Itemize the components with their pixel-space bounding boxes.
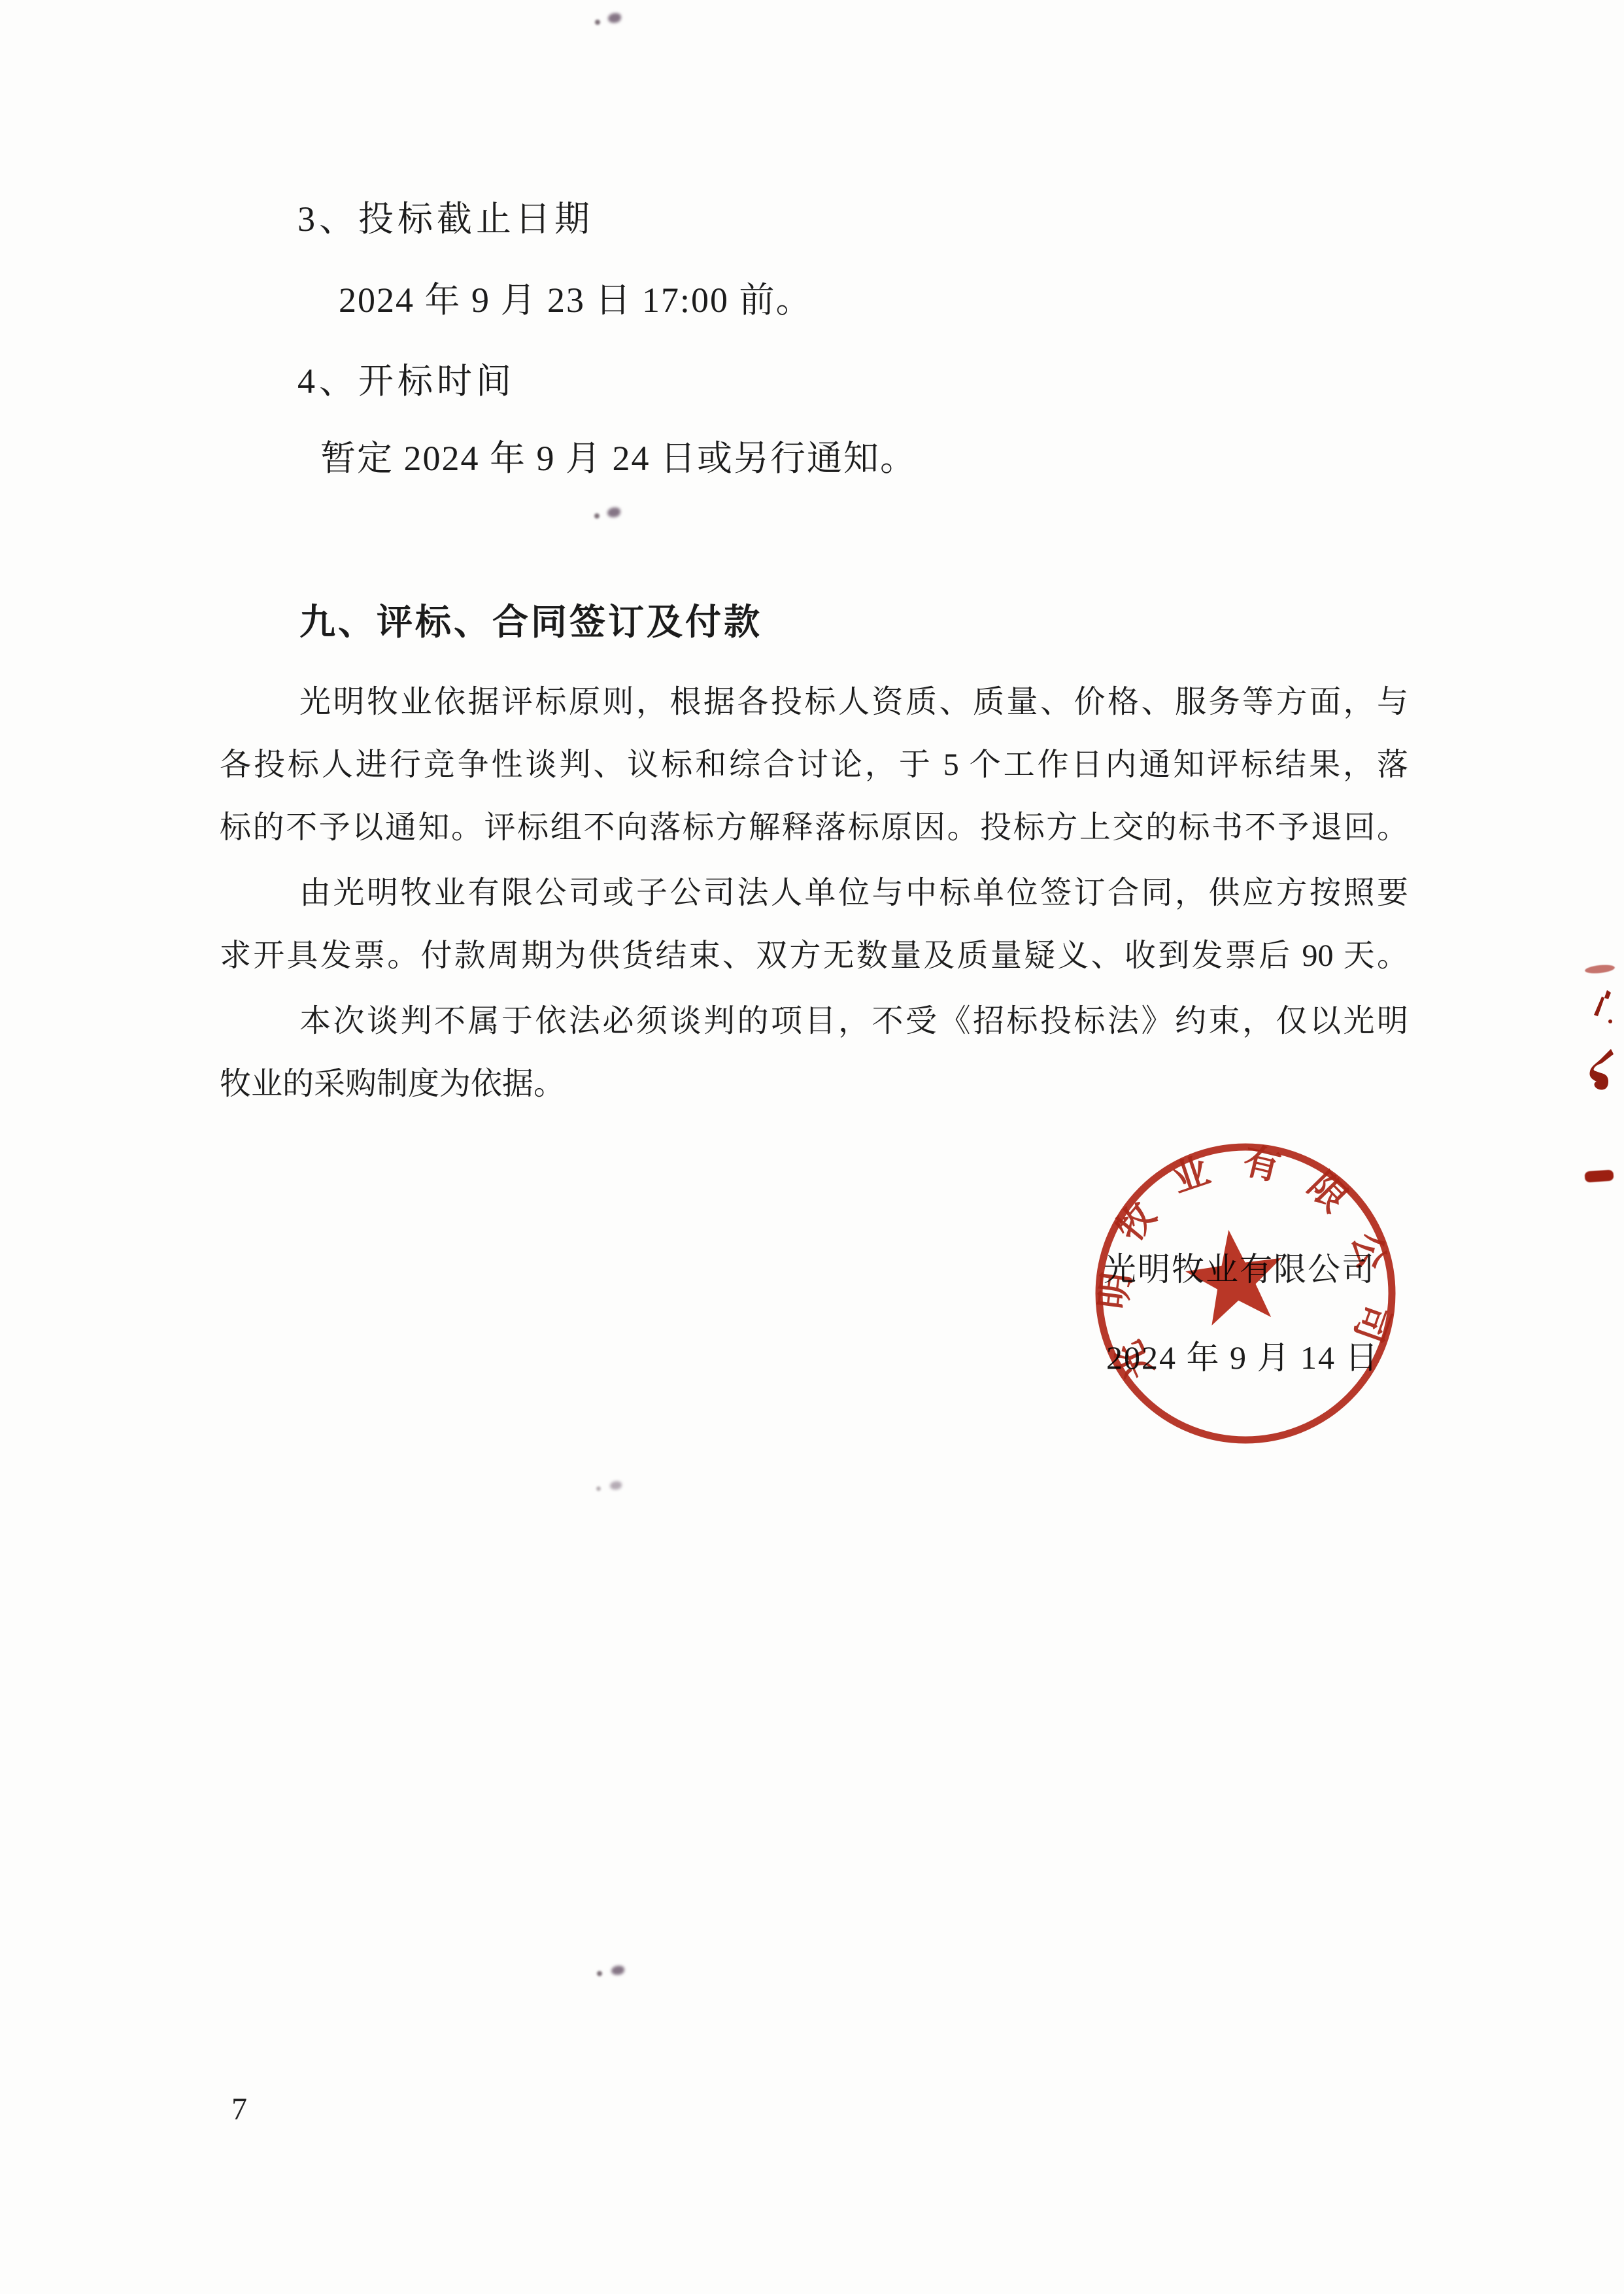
paragraph-1-line-2: 各投标人进行竞争性谈判、议标和综合讨论，于 5 个工作日内通知评标结果，落 xyxy=(220,745,1408,786)
ink-dot xyxy=(595,20,600,25)
item-4-opening-label: 4、开标时间 xyxy=(297,361,515,402)
red-ink-streak xyxy=(1584,964,1615,975)
red-ink-bar xyxy=(1584,1169,1614,1182)
paragraph-2-line-1: 由光明牧业有限公司或子公司法人单位与中标单位签订合同，供应方按照要 xyxy=(220,874,1408,914)
ink-dot xyxy=(596,1486,601,1491)
ink-smudge xyxy=(611,1966,624,1975)
signature-date: 2024 年 9 月 14 日 xyxy=(1106,1339,1379,1377)
ink-smudge xyxy=(607,507,620,517)
paragraph-3-line-1: 本次谈判不属于依法必须谈判的项目，不受《招标投标法》约束，仅以光明 xyxy=(220,1002,1408,1042)
red-ink-mark xyxy=(1589,990,1615,1027)
ink-smudge xyxy=(610,1481,622,1490)
scanned-document-page: { "document": { "items": [ { "label": "3… xyxy=(0,0,1624,2294)
section-9-heading: 九、评标、合同签订及付款 xyxy=(299,602,762,643)
company-seal: 光明牧业有限公司 xyxy=(1084,1132,1407,1455)
page-number: 7 xyxy=(231,2093,247,2127)
paragraph-3-line-2: 牧业的采购制度为依据。 xyxy=(220,1065,1408,1105)
item-3-deadline-value: 2024 年 9 月 23 日 17:00 前。 xyxy=(339,280,813,320)
paragraph-2-line-2: 求开具发票。付款周期为供货结束、双方无数量及质量疑义、收到发票后 90 天。 xyxy=(220,936,1408,977)
paragraph-1-line-3: 标的不予以通知。评标组不向落标方解释落标原因。投标方上交的标书不予退回。 xyxy=(220,808,1408,849)
paragraph-1-line-1: 光明牧业依据评标原则，根据各投标人资质、质量、价格、服务等方面，与 xyxy=(220,683,1408,723)
ink-dot xyxy=(597,1971,602,1976)
ink-smudge xyxy=(608,13,621,23)
red-ink-blob xyxy=(1585,1049,1614,1099)
item-3-deadline-label: 3、投标截止日期 xyxy=(297,199,594,239)
ink-dot xyxy=(594,513,600,519)
signature-company: 光明牧业有限公司 xyxy=(1104,1250,1376,1288)
item-4-opening-value: 暂定 2024 年 9 月 24 日或另行通知。 xyxy=(320,438,917,479)
